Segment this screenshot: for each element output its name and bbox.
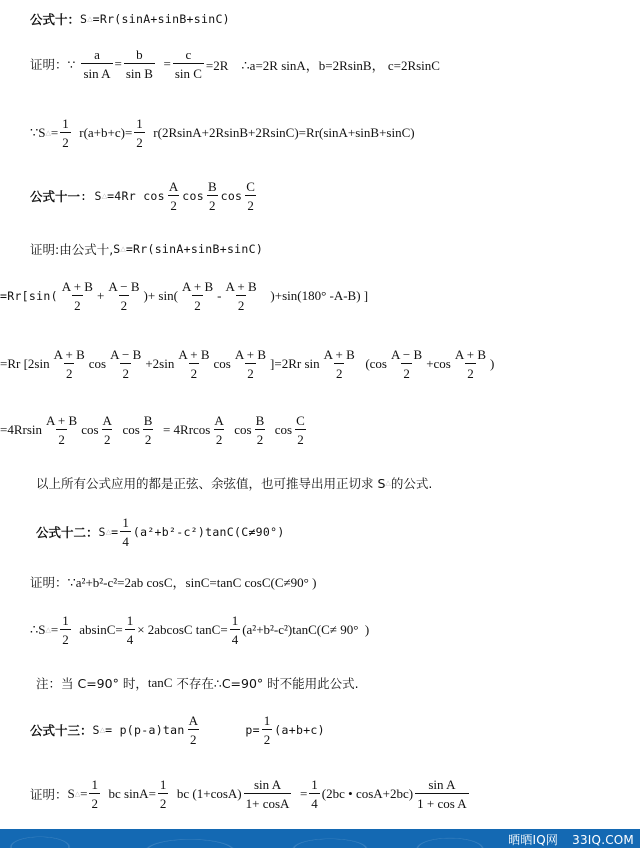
- text-run: 证明:由公式十,: [30, 240, 113, 258]
- text-run: 不存在∴C=90° 时不能用此公式.: [172, 674, 358, 692]
- numerator: B: [254, 414, 267, 429]
- denominator: 2: [119, 295, 130, 312]
- text-run: 证明：: [30, 785, 68, 803]
- fraction: A − B2: [108, 348, 143, 380]
- text-run: cos: [182, 189, 204, 203]
- numerator: A + B: [176, 348, 211, 363]
- formula-11-proof-4: =4RrsinA + B2cosA2 cosB2 = 4RrcosA2 cosB…: [0, 414, 309, 446]
- fraction: 14: [230, 614, 241, 646]
- fraction: A2: [187, 714, 200, 746]
- fraction: 12: [262, 714, 273, 746]
- text-run: =: [115, 56, 122, 72]
- numerator: A − B: [106, 280, 141, 295]
- text-run: (a²+b²-c²)tanC(C≠90°): [133, 525, 285, 539]
- denominator: 4: [125, 629, 136, 646]
- numerator: C: [244, 180, 257, 195]
- numerator: c: [183, 48, 193, 63]
- site-domain: 33IQ.COM: [572, 833, 634, 847]
- fraction: A + B2: [322, 348, 357, 380]
- text-run: ]=2Rr sin: [270, 356, 320, 372]
- denominator: 2: [207, 195, 218, 212]
- denominator: 2: [214, 429, 225, 446]
- text-run: S: [99, 525, 106, 539]
- fraction: 12: [158, 778, 169, 810]
- numerator: A + B: [223, 280, 258, 295]
- text-run: p=: [202, 723, 260, 737]
- text-run: bc (1+cosA): [170, 786, 241, 802]
- text-run: =: [51, 622, 58, 638]
- text-run: S: [93, 723, 100, 737]
- text-run: (2bc • cosA+2bc): [322, 786, 413, 802]
- text-run: =Rr [2sin: [0, 356, 50, 372]
- denominator: 2: [120, 363, 131, 380]
- numerator: 1: [158, 778, 169, 793]
- denominator: 2: [192, 295, 203, 312]
- denominator: 2: [189, 363, 200, 380]
- text-run: S: [80, 12, 87, 26]
- formula-10-proof-2: ∵S△=12 r(a+b+c)=12 r(2RsinA+2RsinB+2Rsin…: [30, 117, 415, 149]
- denominator: 2: [102, 429, 113, 446]
- site-watermark: 晒晒IQ网 33IQ.COM: [498, 831, 634, 848]
- numerator: A: [212, 414, 225, 429]
- numerator: 1: [60, 614, 71, 629]
- text-run: S: [68, 786, 75, 802]
- formula-12-proof-2: ∴S△=12 absinC=14× 2abcosC tanC=14(a²+b²-…: [30, 614, 369, 646]
- denominator: 2: [401, 363, 412, 380]
- text-run: × 2abcosC tanC=: [137, 622, 228, 638]
- fraction: A + B2: [44, 414, 79, 446]
- text-run: 以上所有公式应用的都是正弦、余弦值，也可推导出用正切求 S: [36, 474, 385, 492]
- text-run: cos: [81, 422, 98, 438]
- text-run: cos: [214, 356, 231, 372]
- fraction: A + B2: [453, 348, 488, 380]
- text-run: ): [490, 356, 494, 372]
- text-run: 公式十二：: [36, 523, 99, 541]
- text-run: S: [113, 242, 120, 256]
- fraction: A − B2: [389, 348, 424, 380]
- numerator: B: [206, 180, 219, 195]
- numerator: 1: [262, 714, 273, 729]
- denominator: 2: [158, 793, 169, 810]
- text-run: =2R ∴a=2R sinA，b=2RsinB， c=2RsinC: [206, 55, 440, 74]
- text-run: =Rr(sinA+sinB+sinC): [93, 12, 230, 26]
- denominator: 4: [230, 629, 241, 646]
- denominator: 2: [262, 729, 273, 746]
- fraction: 12: [60, 614, 71, 646]
- formula-13-proof-1: 证明：S△=12 bc sinA=12 bc (1+cosA)sin A1+ c…: [30, 778, 471, 810]
- fraction: A + B2: [233, 348, 268, 380]
- denominator: 2: [188, 729, 199, 746]
- denominator: 2: [60, 629, 71, 646]
- denominator: 1+ cosA: [244, 793, 292, 810]
- text-run: cos: [89, 356, 106, 372]
- denominator: 2: [64, 363, 75, 380]
- denominator: 2: [72, 295, 83, 312]
- numerator: 1: [134, 117, 145, 132]
- numerator: A − B: [389, 348, 424, 363]
- numerator: 1: [120, 516, 131, 531]
- text-run: 的公式.: [391, 474, 432, 492]
- numerator: 1: [125, 614, 136, 629]
- numerator: 1: [309, 778, 320, 793]
- text-run: 注：当: [36, 674, 77, 692]
- formula-11-proof-2: =Rr[sin(A + B2+A − B2)+ sin(A + B2-A + B…: [0, 280, 368, 312]
- text-run: =Rr(sinA+sinB+sinC): [126, 242, 263, 256]
- numerator: A + B: [322, 348, 357, 363]
- denominator: 2: [60, 132, 71, 149]
- formula-12-title: 公式十二：S△=14(a²+b²-c²)tanC(C≠90°): [36, 516, 285, 548]
- text-run: )+sin(180° -A-B) ]: [261, 288, 369, 304]
- fraction: 14: [125, 614, 136, 646]
- numerator: A + B: [233, 348, 268, 363]
- text-run: =: [157, 56, 171, 72]
- text-run: =: [80, 786, 87, 802]
- text-run: (a²+b²-c²)tanC(C≠ 90° ): [242, 622, 369, 638]
- fraction: 14: [309, 778, 320, 810]
- text-run: 公式十：: [30, 10, 80, 28]
- text-run: (a+b+c): [274, 723, 325, 737]
- text-run: = p(p-a)tan: [105, 723, 184, 737]
- numerator: A − B: [108, 348, 143, 363]
- denominator: 2: [295, 429, 306, 446]
- site-footer-banner: 晒晒IQ网 33IQ.COM: [0, 829, 640, 848]
- fraction: sin A1+ cosA: [244, 778, 292, 810]
- text-run: cos: [221, 189, 243, 203]
- formula-11-proof-1: 证明:由公式十,S△=Rr(sinA+sinB+sinC): [30, 240, 263, 258]
- fraction: bsin B: [124, 48, 155, 80]
- numerator: A + B: [180, 280, 215, 295]
- text-run: bc sinA=: [102, 786, 156, 802]
- numerator: 1: [60, 117, 71, 132]
- formula-12-proof-1: 证明：∵a²+b²-c²=2ab cosC，sinC=tanC cosC(C≠9…: [30, 572, 316, 591]
- numerator: B: [142, 414, 155, 429]
- fraction: A + B2: [180, 280, 215, 312]
- numerator: b: [134, 48, 145, 63]
- fraction: asin A: [81, 48, 112, 80]
- denominator: 2: [134, 132, 145, 149]
- text-run: 公式十一: [30, 187, 80, 205]
- fraction: A + B2: [60, 280, 95, 312]
- numerator: 1: [230, 614, 241, 629]
- denominator: 2: [255, 429, 266, 446]
- formula-10-title: 公式十：S△=Rr(sinA+sinB+sinC): [30, 10, 230, 28]
- text-run: +cos: [426, 356, 451, 372]
- text-run: r(2RsinA+2RsinB+2RsinC)=Rr(sinA+sinB+sin…: [147, 125, 415, 141]
- fraction: C2: [294, 414, 307, 446]
- fraction: B2: [254, 414, 267, 446]
- fraction: B2: [206, 180, 219, 212]
- fraction: sin A1 + cos A: [415, 778, 469, 810]
- numerator: A: [167, 180, 180, 195]
- text-run: r(a+b+c)=: [73, 125, 133, 141]
- numerator: 1: [89, 778, 100, 793]
- site-name: 晒晒IQ网: [508, 833, 558, 847]
- text-run: absinC=: [73, 622, 123, 638]
- denominator: 2: [245, 195, 256, 212]
- text-run: cos: [116, 422, 140, 438]
- numerator: A + B: [44, 414, 79, 429]
- fraction: A + B2: [52, 348, 87, 380]
- denominator: 1 + cos A: [415, 793, 469, 810]
- tangent-note: 以上所有公式应用的都是正弦、余弦值，也可推导出用正切求 S△的公式.: [36, 474, 432, 492]
- fraction: A − B2: [106, 280, 141, 312]
- formula-13-title: 公式十三：S△= p(p-a)tanA2 p=12(a+b+c): [30, 714, 325, 746]
- denominator: 2: [236, 295, 247, 312]
- text-run: (cos: [359, 356, 387, 372]
- text-run: ∴S: [30, 622, 46, 638]
- numerator: A + B: [453, 348, 488, 363]
- numerator: sin A: [252, 778, 283, 793]
- text-run: =4Rr cos: [107, 189, 165, 203]
- fraction: A2: [167, 180, 180, 212]
- text-run: +: [97, 288, 104, 304]
- formula-10-proof-1: 证明：∵ asin A=bsin B =csin C=2R ∴a=2R sinA…: [30, 48, 440, 80]
- denominator: 2: [245, 363, 256, 380]
- denominator: sin B: [124, 63, 155, 80]
- fraction: C2: [244, 180, 257, 212]
- text-run: -: [217, 288, 221, 304]
- text-run: : S: [80, 189, 102, 203]
- numerator: C: [294, 414, 307, 429]
- numerator: A: [101, 414, 114, 429]
- text-run: cos: [228, 422, 252, 438]
- text-run: C=90°: [77, 676, 118, 691]
- text-run: =: [293, 786, 307, 802]
- numerator: A + B: [52, 348, 87, 363]
- text-run: =: [111, 525, 118, 539]
- text-run: cos: [268, 422, 292, 438]
- denominator: 2: [56, 429, 67, 446]
- denominator: 2: [168, 195, 179, 212]
- fraction: 12: [60, 117, 71, 149]
- text-run: +2sin: [145, 356, 174, 372]
- text-run: =4Rrsin: [0, 422, 42, 438]
- text-run: 证明：: [30, 573, 68, 591]
- fraction: 12: [89, 778, 100, 810]
- fraction: A2: [101, 414, 114, 446]
- fraction: A2: [212, 414, 225, 446]
- denominator: 4: [309, 793, 320, 810]
- text-run: 公式十三：: [30, 721, 93, 739]
- formula-12-note: 注：当 C=90° 时，tanC 不存在∴C=90° 时不能用此公式.: [36, 674, 359, 692]
- text-run: =Rr[sin(: [0, 289, 58, 303]
- denominator: 2: [89, 793, 100, 810]
- text-run: ∵a²+b²-c²=2ab cosC，sinC=tanC cosC(C≠90° …: [68, 572, 317, 591]
- numerator: A + B: [60, 280, 95, 295]
- denominator: 4: [120, 531, 131, 548]
- text-run: )+ sin(: [144, 288, 178, 304]
- denominator: 2: [334, 363, 345, 380]
- denominator: 2: [143, 429, 154, 446]
- fraction: csin C: [173, 48, 204, 80]
- denominator: 2: [465, 363, 476, 380]
- text-run: tanC: [148, 675, 173, 691]
- denominator: sin A: [81, 63, 112, 80]
- text-run: 证明：∵: [30, 55, 79, 73]
- text-run: ∵S: [30, 125, 46, 141]
- denominator: sin C: [173, 63, 204, 80]
- fraction: A + B2: [223, 280, 258, 312]
- fraction: A + B2: [176, 348, 211, 380]
- text-run: =: [51, 125, 58, 141]
- formula-11-proof-3: =Rr [2sinA + B2cosA − B2+2sinA + B2cosA …: [0, 348, 494, 380]
- fraction: 12: [134, 117, 145, 149]
- numerator: A: [187, 714, 200, 729]
- numerator: a: [92, 48, 102, 63]
- fraction: 14: [120, 516, 131, 548]
- text-run: 时，: [119, 674, 148, 692]
- text-run: = 4Rrcos: [156, 422, 210, 438]
- fraction: B2: [142, 414, 155, 446]
- formula-11-title: 公式十一: S△=4Rr cosA2cosB2cosC2: [30, 180, 259, 212]
- numerator: sin A: [426, 778, 457, 793]
